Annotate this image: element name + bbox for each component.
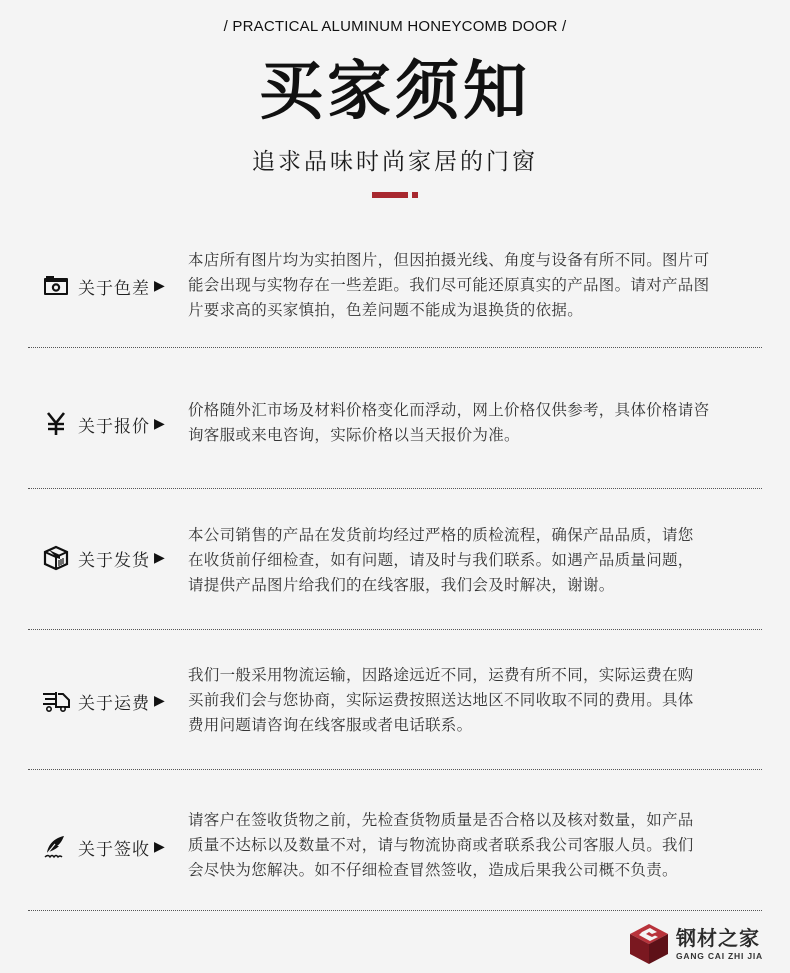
body-line: 片要求高的买家慎拍，色差问题不能成为退换货的依据。 <box>188 298 754 323</box>
section-sign-off: 关于签收 ▶ 请客户在签收货物之前，先检查货物质量是否合格以及核对数量，如产品 … <box>28 808 762 888</box>
triangle-right-icon: ▶ <box>154 278 165 294</box>
cube-logo-icon <box>628 922 670 966</box>
body-line: 请客户在签收货物之前，先检查货物质量是否合格以及核对数量，如产品 <box>188 808 754 833</box>
accent-bar <box>372 192 408 198</box>
body-line: 能会出现与实物存在一些差距。我们尽可能还原真实的产品图。请对产品图 <box>188 273 754 298</box>
section-title: 关于运费 <box>78 689 150 714</box>
section-body: 本店所有图片均为实拍图片，但因拍摄光线、角度与设备有所不同。图片可 能会出现与实… <box>188 248 754 323</box>
yen-icon <box>42 410 70 438</box>
divider <box>28 629 762 630</box>
divider <box>28 347 762 348</box>
section-label: 关于运费 ▶ <box>42 686 165 716</box>
body-line: 在收货前仔细检查，如有问题，请及时与我们联系。如遇产品质量问题， <box>188 548 754 573</box>
body-line: 费用问题请咨询在线客服或者电话联系。 <box>188 713 754 738</box>
package-icon <box>42 544 70 572</box>
page-title: 买家须知 <box>0 54 790 130</box>
brand-logo: 钢材之家 GANG CAI ZHI JIA <box>628 920 788 968</box>
triangle-right-icon: ▶ <box>154 839 165 855</box>
section-color-difference: 关于色差 ▶ 本店所有图片均为实拍图片，但因拍摄光线、角度与设备有所不同。图片可… <box>28 248 762 328</box>
divider <box>28 910 762 911</box>
body-line: 会尽快为您解决。如不仔细检查冒然签收，造成后果我公司概不负责。 <box>188 858 754 883</box>
brand-name-cn: 钢材之家 <box>676 927 763 949</box>
section-freight: 关于运费 ▶ 我们一般采用物流运输，因路途远近不同，运费有所不同，实际运费在购 … <box>28 663 762 743</box>
section-label: 关于色差 ▶ <box>42 271 165 301</box>
section-body: 本公司销售的产品在发货前均经过严格的质检流程，确保产品品质，请您 在收货前仔细检… <box>188 523 754 598</box>
body-line: 买前我们会与您协商，实际运费按照送达地区不同收取不同的费用。具体 <box>188 688 754 713</box>
body-line: 询客服或来电咨询，实际价格以当天报价为准。 <box>188 423 754 448</box>
divider <box>28 769 762 770</box>
quill-signature-icon <box>42 833 70 861</box>
section-title: 关于色差 <box>78 274 150 299</box>
section-label: 关于发货 ▶ <box>42 543 165 573</box>
triangle-right-icon: ▶ <box>154 550 165 566</box>
section-pricing: 关于报价 ▶ 价格随外汇市场及材料价格变化而浮动，网上价格仅供参考，具体价格请咨… <box>28 398 762 453</box>
section-body: 我们一般采用物流运输，因路途远近不同，运费有所不同，实际运费在购 买前我们会与您… <box>188 663 754 738</box>
body-line: 我们一般采用物流运输，因路途远近不同，运费有所不同，实际运费在购 <box>188 663 754 688</box>
body-line: 价格随外汇市场及材料价格变化而浮动，网上价格仅供参考，具体价格请咨 <box>188 398 754 423</box>
section-body: 价格随外汇市场及材料价格变化而浮动，网上价格仅供参考，具体价格请咨 询客服或来电… <box>188 398 754 448</box>
section-title: 关于报价 <box>78 412 150 437</box>
section-title: 关于发货 <box>78 546 150 571</box>
body-line: 请提供产品图片给我们的在线客服，我们会及时解决，谢谢。 <box>188 573 754 598</box>
body-line: 本店所有图片均为实拍图片，但因拍摄光线、角度与设备有所不同。图片可 <box>188 248 754 273</box>
camera-icon <box>42 272 70 300</box>
divider <box>28 488 762 489</box>
body-line: 质量不达标以及数量不对，请与物流协商或者联系我公司客服人员。我们 <box>188 833 754 858</box>
section-body: 请客户在签收货物之前，先检查货物质量是否合格以及核对数量，如产品 质量不达标以及… <box>188 808 754 883</box>
section-shipping: 关于发货 ▶ 本公司销售的产品在发货前均经过严格的质检流程，确保产品品质，请您 … <box>28 523 762 603</box>
section-label: 关于报价 ▶ <box>42 409 165 439</box>
section-title: 关于签收 <box>78 835 150 860</box>
brand-name-en: GANG CAI ZHI JIA <box>676 951 763 961</box>
delivery-truck-icon <box>42 687 70 715</box>
body-line: 本公司销售的产品在发货前均经过严格的质检流程，确保产品品质，请您 <box>188 523 754 548</box>
triangle-right-icon: ▶ <box>154 693 165 709</box>
subtitle-english: / PRACTICAL ALUMINUM HONEYCOMB DOOR / <box>0 18 790 35</box>
section-label: 关于签收 ▶ <box>42 832 165 862</box>
accent-dot <box>412 192 418 198</box>
slogan: 追求品味时尚家居的门窗 <box>0 143 790 176</box>
triangle-right-icon: ▶ <box>154 416 165 432</box>
